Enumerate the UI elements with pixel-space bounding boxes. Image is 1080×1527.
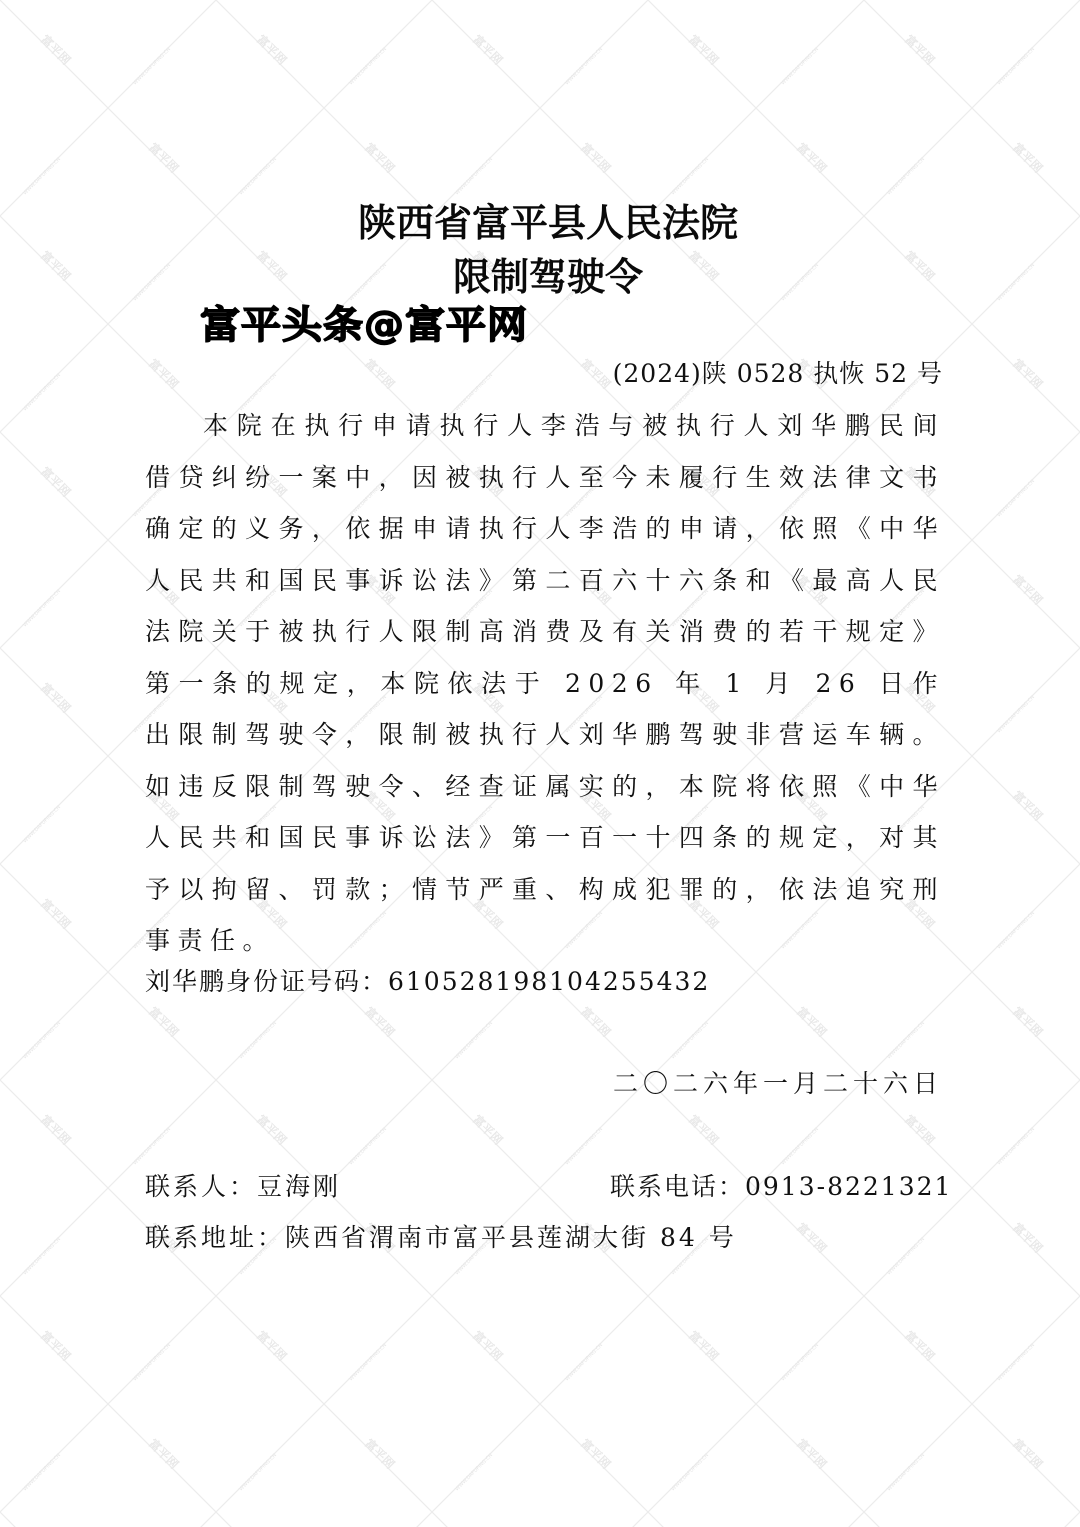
case-number: (2024)陕 0528 执恢 52 号 [613,354,943,390]
court-name-title: 陕西省富平县人民法院 [0,192,1080,247]
order-type-title: 限制驾驶令 [0,246,1080,301]
contact-person: 联系人：豆海刚 [145,1167,341,1203]
court-order-document: 陕西省富平县人民法院 限制驾驶令 富平头条@富平网 (2024)陕 0528 执… [0,0,1080,1527]
contact-phone: 联系电话：0913-8221321 [610,1167,952,1203]
brand-overlay-text: 富平头条@富平网 [200,295,528,349]
contact-address: 联系地址：陕西省渭南市富平县莲湖大街 84 号 [145,1218,737,1254]
id-number-line: 刘华鹏身份证号码：610528198104255432 [145,962,710,998]
issue-date: 二〇二六年一月二十六日 [613,1064,943,1100]
order-body-paragraph: 本院在执行申请执行人李浩与被执行人刘华鹏民间借贷纠纷一案中，因被执行人至今未履行… [145,400,945,967]
